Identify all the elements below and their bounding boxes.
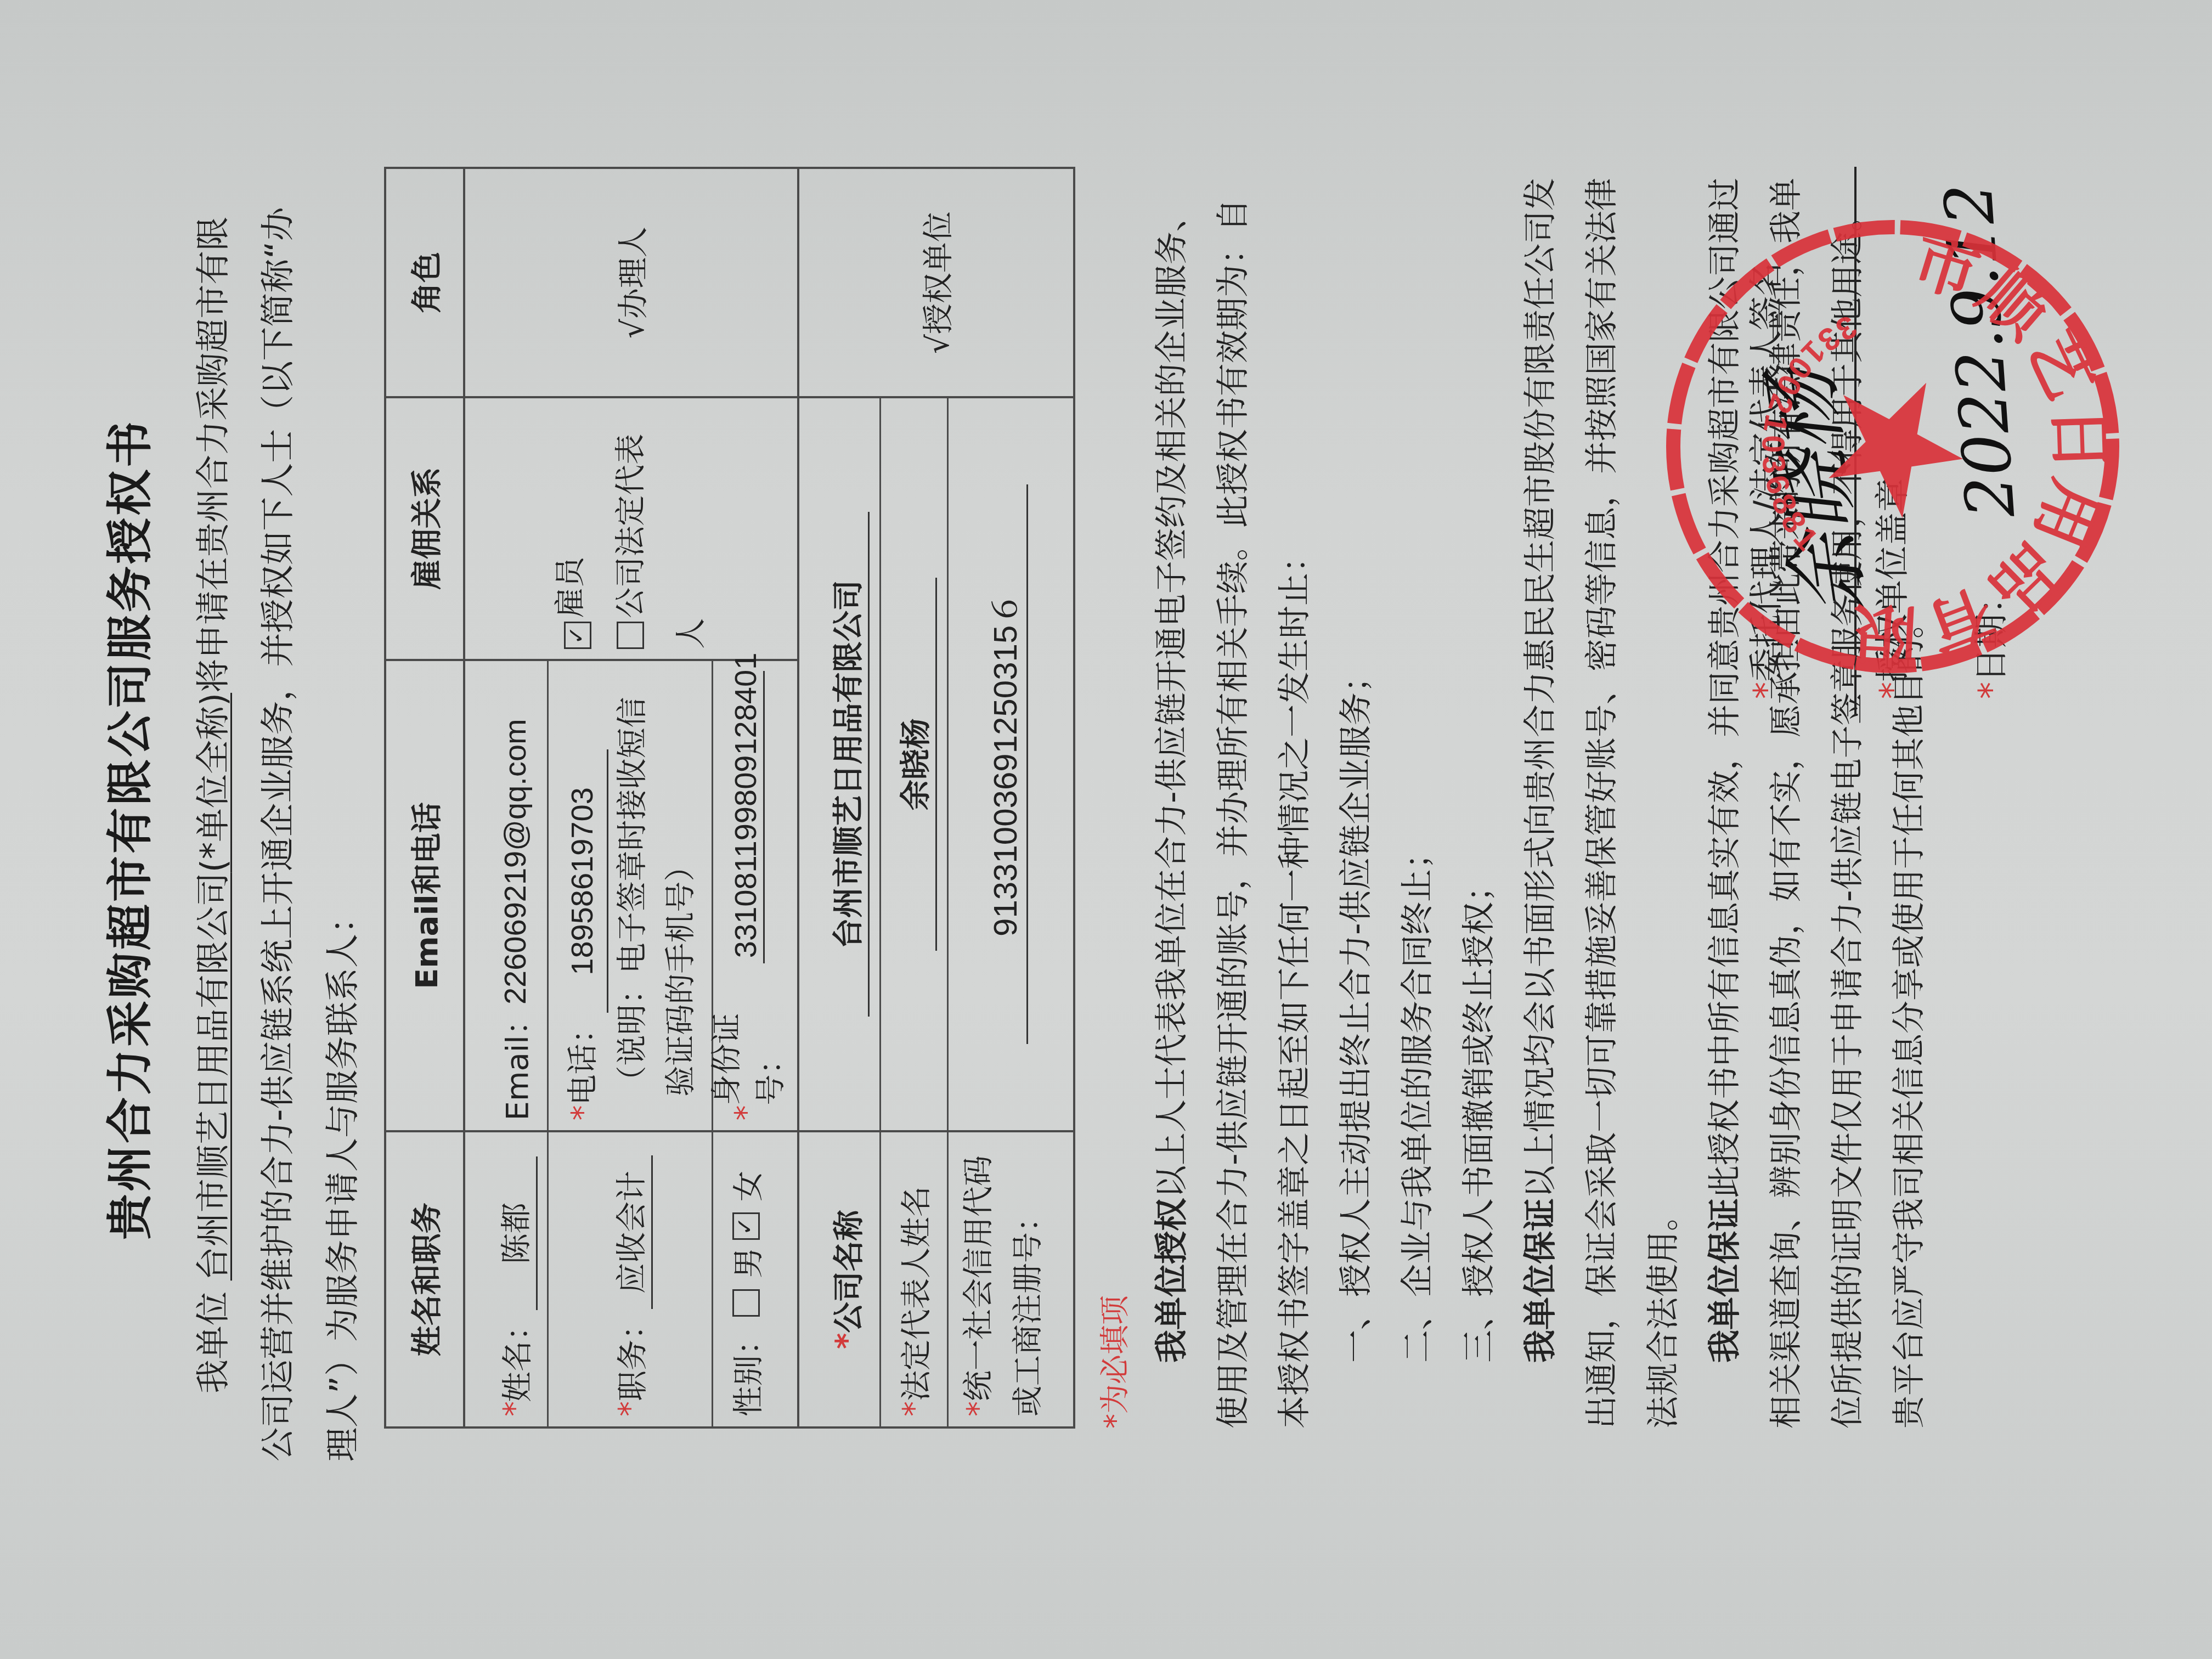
termination-item-3: 三、授权人书面撤销或终止授权； [1448,178,1510,1429]
required-mark: * [829,1333,865,1349]
required-mark: * [896,1401,932,1417]
stamp-number: 3310021036881 [1735,297,1867,565]
intro-company-name: 台州市顺艺日用品有限公司 [193,872,233,1280]
legal-rep-label: 法定代表人姓名 [892,1186,936,1401]
legal-rep-field[interactable]: 余晓杨 [891,578,937,951]
authorization-table: 姓名和职务 Email和电话 雇佣关系 角色 *姓名： 陈都 *职务： 应收会计… [384,167,1075,1429]
phone-note: （说明：电子签章时接收短信验证码的手机号） [608,671,705,1121]
gender-male-checkbox[interactable] [732,1289,760,1317]
employment-legal-rep-checkbox[interactable] [617,622,644,649]
intro-company-hint: (*单位全称) [193,693,233,872]
gender-female-checkbox[interactable]: ✓ [732,1212,760,1240]
required-note: *为必填项 [1092,1295,1134,1429]
gender-male-label: 男 [724,1248,768,1278]
termination-item-1: 一、授权人主动提出终止合力-供应链企业服务； [1325,178,1387,1429]
guarantee-lead-2: 我单位保证 [1706,1198,1744,1363]
employment-employee-checkbox[interactable]: ✓ [564,622,591,649]
employment-employee-label: 雇员 [552,557,588,618]
phone-field[interactable]: 18958619703 [557,749,608,1013]
company-name-label: 公司名称 [825,1210,868,1333]
name-field[interactable]: 陈都 [492,1156,538,1310]
company-labels-cell: *公司名称 *法定代表人姓名 *统一社会信用代码或工商注册号： [798,1131,1074,1427]
required-mark: * [961,1401,996,1417]
required-mark: * [497,1401,533,1417]
credit-code-field[interactable]: 91331003691250315６ [979,484,1028,1044]
termination-item-2: 二、企业与我单位的服务合同终止； [1387,178,1448,1429]
header-email-phone: Email和电话 [385,660,464,1132]
guarantee-lead-1: 我单位保证 [1521,1198,1560,1363]
email-label: Email： [493,1005,537,1120]
header-role: 角色 [385,168,464,397]
employment-legal-rep-label: 公司法定代表人 [613,434,709,649]
email-field[interactable]: 226069219@qq.com [497,719,533,1005]
agent-name-title-cell: *姓名： 陈都 *职务： 应收会计 性别： 男 ✓女 [464,1131,798,1427]
required-mark: * [558,1105,608,1120]
credit-code-label: 统一社会信用代码或工商注册号： [961,1155,1046,1417]
header-employment: 雇佣关系 [385,397,464,660]
intro-prefix: 我单位 [193,1291,233,1393]
svg-text:3310021036881: 3310021036881 [1735,297,1867,565]
authorization-paragraph: 我单位授权以上人士代表我单位在合力-供应链开通电子签约及相关的企业服务、使用及管… [1141,178,1325,1429]
required-mark: * [729,1105,764,1120]
phone-label: 电话： [558,1013,608,1105]
id-label: 身份证号： [702,963,790,1105]
intro-paragraph: 我单位 台州市顺艺日用品有限公司(*单位全称)将申请在贵州合力采购超市有限公司运… [181,183,375,1462]
gender-label: 性别： [724,1324,768,1417]
agent-employment-cell: ✓雇员 公司法定代表人 [464,397,798,660]
company-values-cell: 台州市顺艺日用品有限公司 余晓杨 91331003691250315６ [798,397,1074,1131]
name-label: 姓名： [493,1310,537,1402]
gender-female-label: 女 [724,1171,768,1201]
guarantee-paragraph-1: 我单位保证以上情况均会以书面形式向贵州合力惠民民生超市股份有限责任公司发出通知，… [1510,178,1694,1429]
agent-role-cell: √办理人 [464,168,798,397]
company-seal-stamp: 台州市顺艺日用品有限公司 3310021036881 [1620,173,2166,720]
stamp-star-icon [1824,369,1975,527]
header-name-title: 姓名和职务 [385,1131,464,1427]
authorization-lead: 我单位授权 [1153,1198,1191,1363]
title-field[interactable]: 应收会计 [607,1155,653,1309]
id-field[interactable]: 331081199809128401 [727,671,765,963]
document-page: 贵州合力采购超市有限公司服务授权书 我单位 台州市顺艺日用品有限公司(*单位全称… [0,0,2212,1659]
title-label: 职务： [608,1309,652,1401]
company-role-cell: √授权单位 [798,168,1074,397]
required-mark: * [612,1401,648,1417]
company-name-field[interactable]: 台州市顺艺日用品有限公司 [824,512,870,1017]
document-title: 贵州合力采购超市有限公司服务授权书 [93,0,160,1659]
agent-contact-cell: Email： 226069219@qq.com *电话： 18958619703… [464,660,798,1132]
